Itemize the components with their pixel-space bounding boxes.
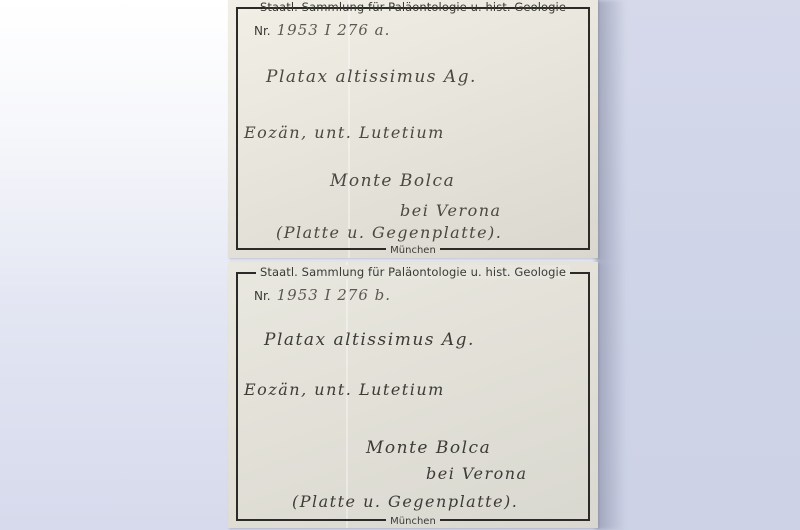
- specimen-note: (Platte u. Gegenplatte).: [292, 492, 518, 511]
- stratigraphy: Eozän, unt. Lutetium: [244, 123, 445, 142]
- label-shadow-top: [596, 0, 626, 262]
- specimen-label-a: Staatl. Sammlung für Paläontologie u. hi…: [228, 0, 598, 258]
- nr-value: 1953 I 276 b.: [277, 286, 391, 304]
- locality: Monte Bolca: [330, 171, 455, 191]
- label-header: Staatl. Sammlung für Paläontologie u. hi…: [238, 265, 588, 279]
- nr-prefix: Nr.: [254, 289, 271, 303]
- catalog-number: Nr.1953 I 276 a.: [254, 21, 390, 39]
- background-left: [0, 0, 230, 530]
- catalog-number: Nr.1953 I 276 b.: [254, 286, 391, 304]
- region: bei Verona: [426, 464, 528, 483]
- species-name: Platax altissimus Ag.: [266, 67, 477, 87]
- nr-prefix: Nr.: [254, 24, 271, 38]
- nr-value: 1953 I 276 a.: [277, 21, 391, 39]
- stratigraphy: Eozän, unt. Lutetium: [244, 380, 445, 399]
- label-footer: München: [238, 245, 588, 256]
- label-frame: Staatl. Sammlung für Paläontologie u. hi…: [236, 272, 590, 521]
- background-right: [598, 0, 800, 530]
- label-shadow-bottom: [596, 262, 626, 530]
- specimen-label-b: Staatl. Sammlung für Paläontologie u. hi…: [228, 262, 598, 528]
- label-frame: Staatl. Sammlung für Paläontologie u. hi…: [236, 7, 590, 250]
- region: bei Verona: [400, 201, 502, 220]
- label-header: Staatl. Sammlung für Paläontologie u. hi…: [238, 0, 588, 14]
- label-footer: München: [238, 516, 588, 527]
- specimen-note: (Platte u. Gegenplatte).: [276, 223, 502, 242]
- species-name: Platax altissimus Ag.: [264, 330, 475, 350]
- locality: Monte Bolca: [366, 438, 491, 458]
